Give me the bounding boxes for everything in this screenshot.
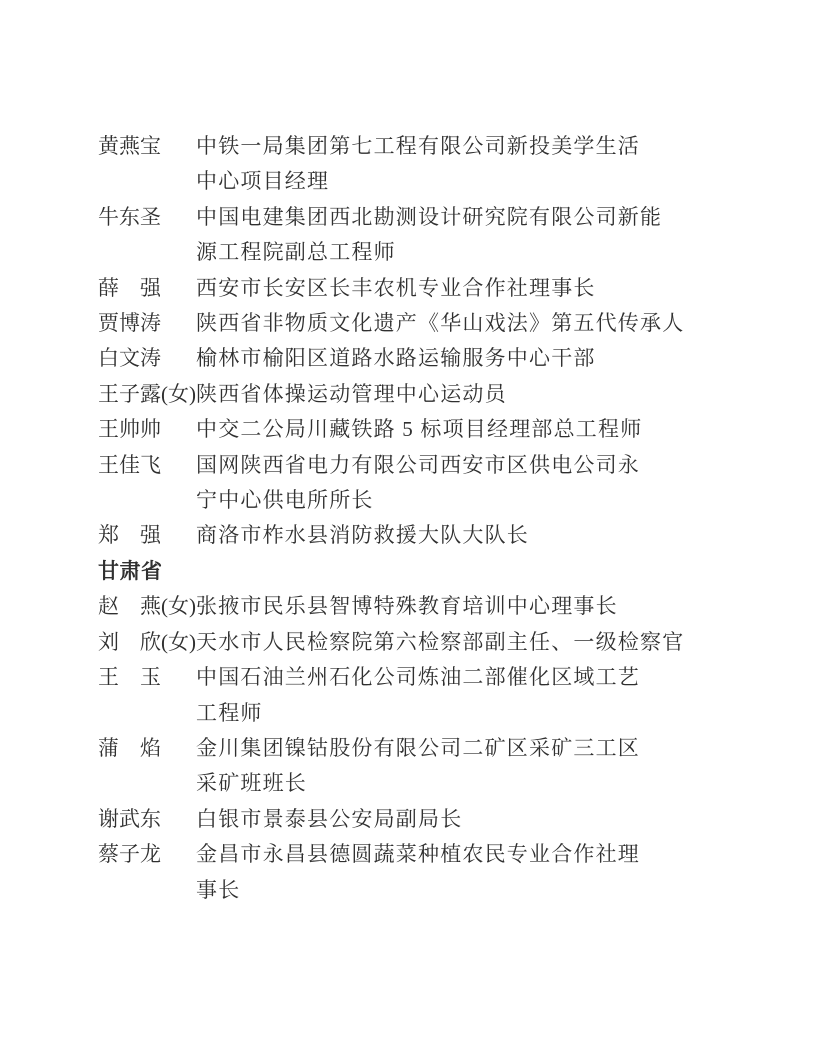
person-name: 白文涛 — [98, 341, 196, 376]
person-position: 中国电建集团西北勘测设计研究院有限公司新能 源工程院副总工程师 — [196, 200, 722, 271]
person-name: 黄燕宝 — [98, 129, 196, 164]
person-position: 商洛市柞水县消防救援大队大队长 — [196, 518, 722, 553]
person-name: 刘 欣(女) — [98, 625, 196, 660]
person-position: 金昌市永昌县德圆蔬菜种植农民专业合作社理 事长 — [196, 837, 722, 908]
person-position: 金川集团镍钴股份有限公司二矿区采矿三工区 采矿班班长 — [196, 731, 722, 802]
person-name: 蒲 焰 — [98, 731, 196, 766]
list-item: 王帅帅 中交二公局川藏铁路 5 标项目经理部总工程师 — [98, 412, 722, 447]
list-item: 王 玉 中国石油兰州石化公司炼油二部催化区域工艺 工程师 — [98, 660, 722, 731]
list-item: 黄燕宝 中铁一局集团第七工程有限公司新投美学生活 中心项目经理 — [98, 129, 722, 200]
person-position: 白银市景泰县公安局副局长 — [196, 802, 722, 837]
person-name: 贾博涛 — [98, 306, 196, 341]
person-name: 谢武东 — [98, 802, 196, 837]
person-name: 赵 燕(女) — [98, 589, 196, 624]
person-name: 牛东圣 — [98, 200, 196, 235]
person-name: 王佳飞 — [98, 448, 196, 483]
person-position: 中交二公局川藏铁路 5 标项目经理部总工程师 — [196, 412, 722, 447]
person-position: 中国石油兰州石化公司炼油二部催化区域工艺 工程师 — [196, 660, 722, 731]
list-item: 蒲 焰 金川集团镍钴股份有限公司二矿区采矿三工区 采矿班班长 — [98, 731, 722, 802]
person-name: 王帅帅 — [98, 412, 196, 447]
person-position: 陕西省体操运动管理中心运动员 — [196, 377, 722, 412]
person-name: 王 玉 — [98, 660, 196, 695]
person-position: 天水市人民检察院第六检察部副主任、一级检察官 — [196, 625, 722, 660]
person-position: 西安市长安区长丰农机专业合作社理事长 — [196, 271, 722, 306]
list-item: 郑 强 商洛市柞水县消防救援大队大队长 — [98, 518, 722, 553]
list-item: 蔡子龙 金昌市永昌县德圆蔬菜种植农民专业合作社理 事长 — [98, 837, 722, 908]
list-item: 贾博涛 陕西省非物质文化遗产《华山戏法》第五代传承人 — [98, 306, 722, 341]
name-roster: 黄燕宝 中铁一局集团第七工程有限公司新投美学生活 中心项目经理 牛东圣 中国电建… — [98, 129, 722, 908]
list-item: 刘 欣(女) 天水市人民检察院第六检察部副主任、一级检察官 — [98, 625, 722, 660]
person-position: 陕西省非物质文化遗产《华山戏法》第五代传承人 — [196, 306, 722, 341]
list-item: 谢武东 白银市景泰县公安局副局长 — [98, 802, 722, 837]
person-position: 张掖市民乐县智博特殊教育培训中心理事长 — [196, 589, 722, 624]
person-position: 中铁一局集团第七工程有限公司新投美学生活 中心项目经理 — [196, 129, 722, 200]
person-name: 薛 强 — [98, 271, 196, 306]
list-item: 薛 强 西安市长安区长丰农机专业合作社理事长 — [98, 271, 722, 306]
list-item: 赵 燕(女) 张掖市民乐县智博特殊教育培训中心理事长 — [98, 589, 722, 624]
document-page: 黄燕宝 中铁一局集团第七工程有限公司新投美学生活 中心项目经理 牛东圣 中国电建… — [0, 0, 816, 1056]
list-item: 王佳飞 国网陕西省电力有限公司西安市区供电公司永 宁中心供电所所长 — [98, 448, 722, 519]
person-name: 王子露(女) — [98, 377, 196, 412]
section-header-gansu: 甘肃省 — [98, 554, 722, 589]
list-item: 白文涛 榆林市榆阳区道路水路运输服务中心干部 — [98, 341, 722, 376]
person-position: 国网陕西省电力有限公司西安市区供电公司永 宁中心供电所所长 — [196, 448, 722, 519]
list-item: 王子露(女) 陕西省体操运动管理中心运动员 — [98, 377, 722, 412]
person-position: 榆林市榆阳区道路水路运输服务中心干部 — [196, 341, 722, 376]
list-item: 牛东圣 中国电建集团西北勘测设计研究院有限公司新能 源工程院副总工程师 — [98, 200, 722, 271]
person-name: 郑 强 — [98, 518, 196, 553]
person-name: 蔡子龙 — [98, 837, 196, 872]
